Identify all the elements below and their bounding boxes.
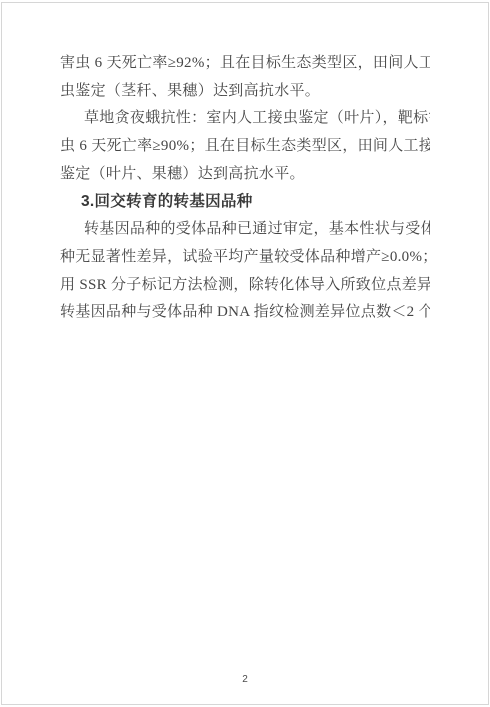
text-line: 害虫 6 天死亡率≥92%；且在目标生态类型区，田间人工接 xyxy=(60,50,430,78)
document-viewport: 害虫 6 天死亡率≥92%；且在目标生态类型区，田间人工接虫鉴定（茎秆、果穗）达… xyxy=(0,0,490,707)
paragraph-pest-mortality-continuation: 害虫 6 天死亡率≥92%；且在目标生态类型区，田间人工接虫鉴定（茎秆、果穗）达… xyxy=(60,50,430,105)
text-line: 虫 6 天死亡率≥90%；且在目标生态类型区，田间人工接虫 xyxy=(60,133,430,161)
text-line: 鉴定（叶片、果穗）达到高抗水平。 xyxy=(60,161,430,189)
page-content: 害虫 6 天死亡率≥92%；且在目标生态类型区，田间人工接虫鉴定（茎秆、果穗）达… xyxy=(2,3,488,327)
text-line: 草地贪夜蛾抗性：室内人工接虫鉴定（叶片），靶标害 xyxy=(60,105,430,133)
paragraph-fall-armyworm-resistance: 草地贪夜蛾抗性：室内人工接虫鉴定（叶片），靶标害虫 6 天死亡率≥90%；且在目… xyxy=(60,105,430,188)
page-number: 2 xyxy=(2,674,488,685)
text-line: 转基因品种与受体品种 DNA 指纹检测差异位点数＜2 个。 xyxy=(60,299,430,327)
text-line: 虫鉴定（茎秆、果穗）达到高抗水平。 xyxy=(60,78,430,106)
text-line: 转基因品种的受体品种已通过审定，基本性状与受体品 xyxy=(60,216,430,244)
text-line: 种无显著性差异，试验平均产量较受体品种增产≥0.0%；采 xyxy=(60,244,430,272)
section-heading-backcross-transgenic-variety: 3.回交转育的转基因品种 xyxy=(60,188,430,216)
paragraph-transgenic-variety-requirements: 转基因品种的受体品种已通过审定，基本性状与受体品种无显著性差异，试验平均产量较受… xyxy=(60,216,430,327)
text-line: 用 SSR 分子标记方法检测，除转化体导入所致位点差异外， xyxy=(60,272,430,300)
document-page: 害虫 6 天死亡率≥92%；且在目标生态类型区，田间人工接虫鉴定（茎秆、果穗）达… xyxy=(1,2,489,705)
